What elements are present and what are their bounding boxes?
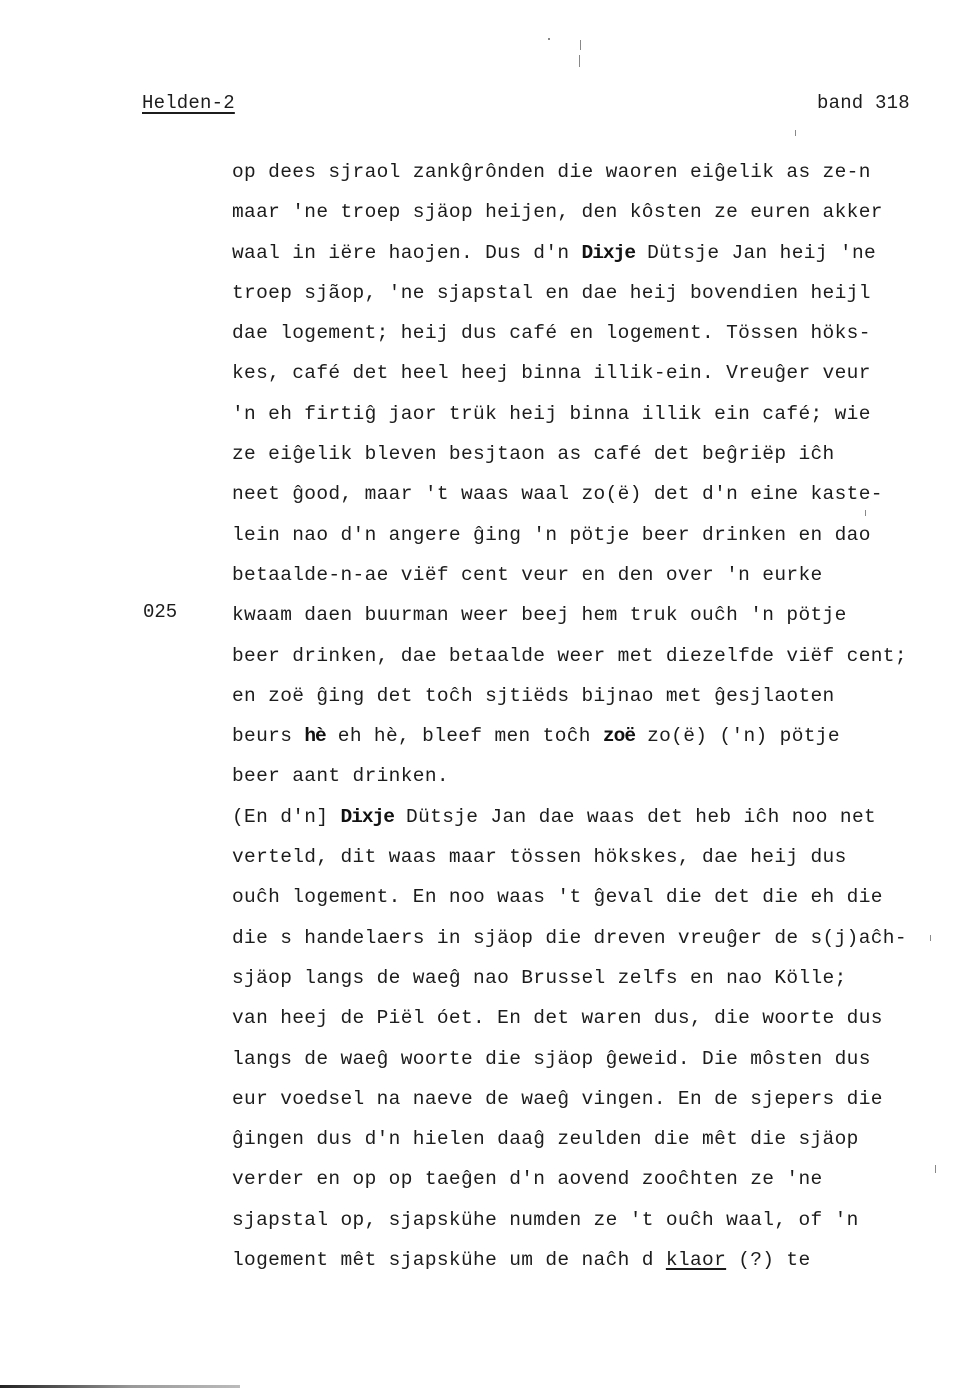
struck-over-text: Dixje	[582, 242, 636, 264]
scan-speck	[795, 130, 796, 136]
scan-speck	[580, 40, 581, 50]
transcript-line: beer drinken, dae betaalde weer met diez…	[232, 642, 952, 682]
transcript-body: op dees sjraol zankĝrônden die waoren ei…	[232, 158, 952, 1286]
transcript-line: beurs hè eh hè, bleef men toĉh zoë zo(ë)…	[232, 722, 952, 762]
transcript-line: op dees sjraol zankĝrônden die waoren ei…	[232, 158, 952, 198]
transcript-line: die s handelaers in sjäop die dreven vre…	[232, 924, 952, 964]
transcript-line: beer aant drinken.	[232, 762, 952, 802]
transcript-line: (En d'n] Dixje Dütsje Jan dae waas det h…	[232, 803, 952, 843]
scan-speck	[865, 510, 866, 516]
transcript-line: sjapstal op, sjapskühe numden ze 't ouĉh…	[232, 1206, 952, 1246]
struck-over-text: hè	[304, 725, 325, 747]
transcript-line: ouĉh logement. En noo waas 't ĝeval die …	[232, 883, 952, 923]
document-header-right: band 318	[817, 92, 910, 114]
transcript-line: betaalde-n-ae viëf cent veur en den over…	[232, 561, 952, 601]
transcript-line: troep sjãop, 'ne sjapstal en dae heij bo…	[232, 279, 952, 319]
scan-speck	[935, 1165, 936, 1173]
transcript-line: ze eiĝelik bleven besjtaon as café det b…	[232, 440, 952, 480]
struck-over-text: Dixje	[340, 806, 394, 828]
bottom-edge-rule	[0, 1385, 240, 1388]
transcript-line: van heej de Piël óet. En det waren dus, …	[232, 1004, 952, 1044]
transcript-line: lein nao d'n angere ĝing 'n pötje beer d…	[232, 521, 952, 561]
scan-speck	[930, 935, 931, 941]
transcript-line: en zoë ĝing det toĉh sjtiëds bijnao met …	[232, 682, 952, 722]
scan-speck	[548, 38, 550, 40]
transcript-line: logement mêt sjapskühe um de naĉh d klao…	[232, 1246, 952, 1286]
transcript-line: neet ĝood, maar 't waas waal zo(ë) det d…	[232, 480, 952, 520]
scan-speck	[579, 55, 580, 67]
transcript-line: kes, café det heel heej binna illik-ein.…	[232, 359, 952, 399]
transcript-line: dae logement; heij dus café en logement.…	[232, 319, 952, 359]
transcript-line: ĝingen dus d'n hielen daaĝ zeulden die m…	[232, 1125, 952, 1165]
struck-over-text: zoë	[603, 725, 635, 747]
underlined-word: klaor	[666, 1249, 726, 1271]
transcript-line: 'n eh firtiĝ jaor trük heij binna illik …	[232, 400, 952, 440]
header-title: Helden-2	[142, 92, 235, 114]
transcript-line: langs de waeĝ woorte die sjäop ĝeweid. D…	[232, 1045, 952, 1085]
margin-line-counter: 025	[143, 601, 177, 623]
document-header-left: Helden-2	[142, 92, 235, 114]
transcript-line: waal in iëre haojen. Dus d'n Dixje Dütsj…	[232, 239, 952, 279]
transcript-line: sjäop langs de waeĝ nao Brussel zelfs en…	[232, 964, 952, 1004]
transcript-line: verder en op op taeĝen d'n aovend zooĉht…	[232, 1165, 952, 1205]
transcript-line: kwaam daen buurman weer beej hem truk ou…	[232, 601, 952, 641]
transcript-line: eur voedsel na naeve de waeĝ vingen. En …	[232, 1085, 952, 1125]
transcript-line: verteld, dit waas maar tössen hökskes, d…	[232, 843, 952, 883]
transcript-line: maar 'ne troep sjäop heijen, den kôsten …	[232, 198, 952, 238]
